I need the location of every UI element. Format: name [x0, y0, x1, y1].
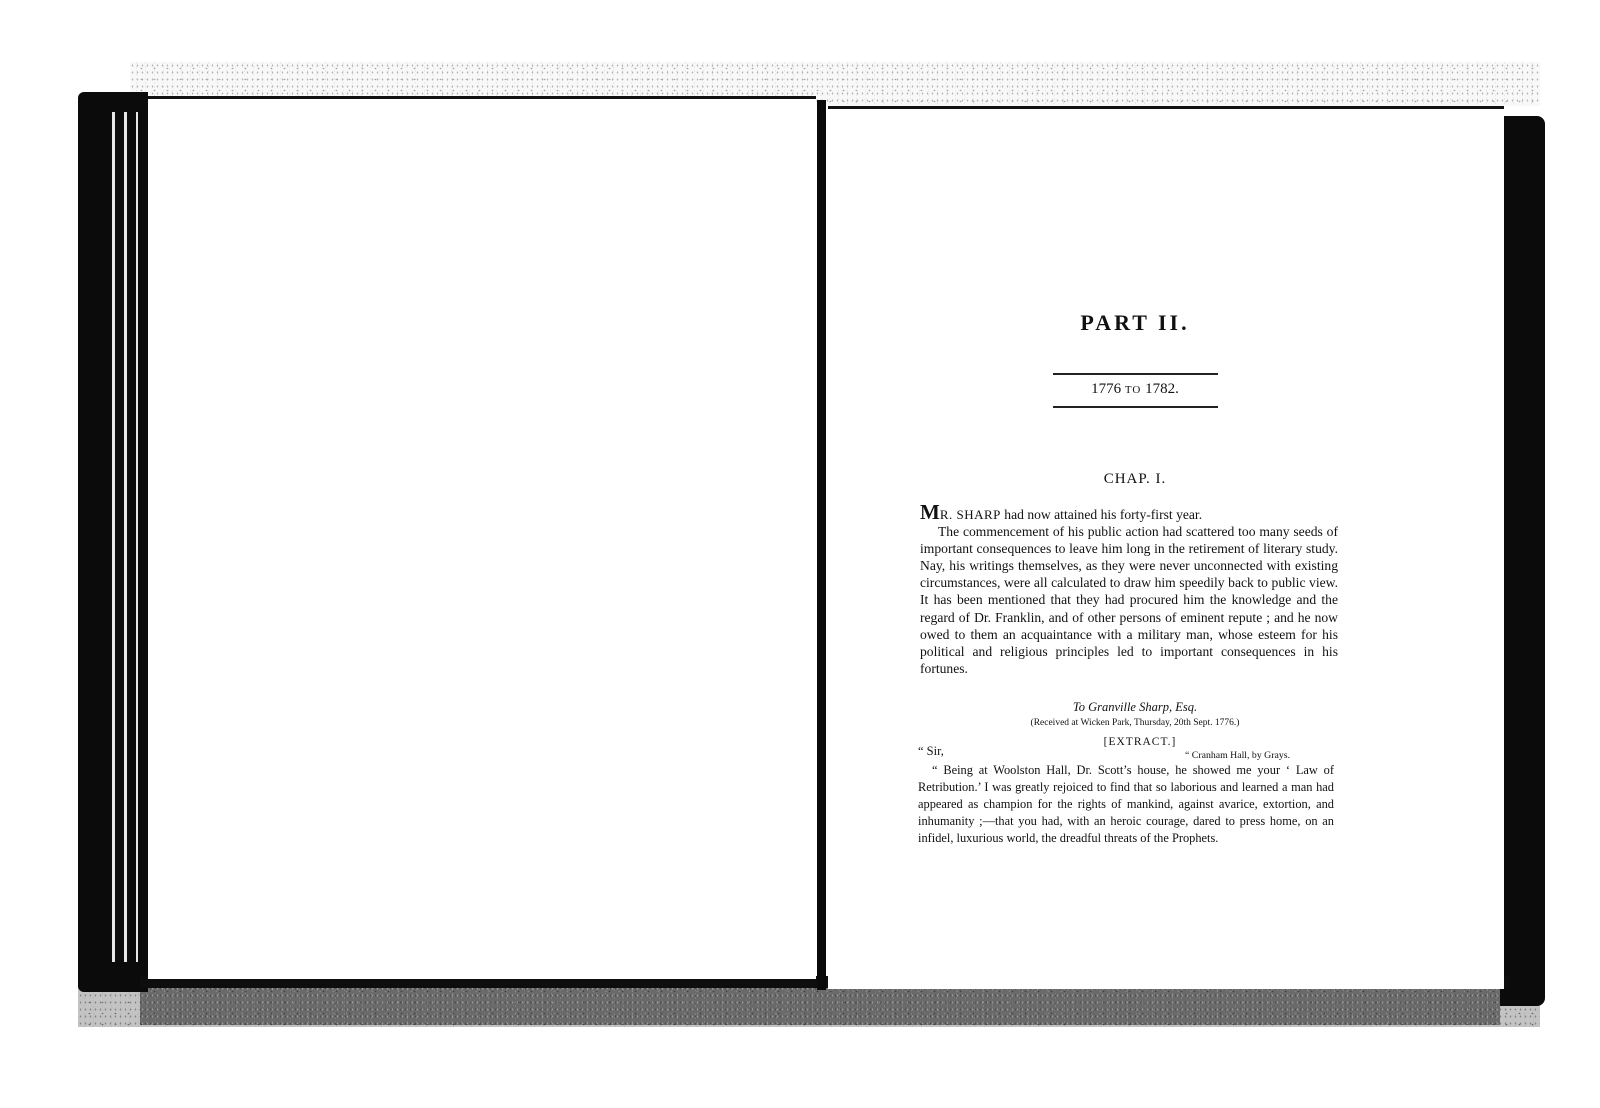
date-range: 1776 TO 1782.: [1000, 381, 1270, 398]
letter-received-note: (Received at Wicken Park, Thursday, 20th…: [960, 718, 1310, 728]
part-title: PART II.: [1000, 310, 1270, 336]
chapter-body: MR. SHARP had now attained his forty-fir…: [920, 504, 1338, 677]
date-range-start: 1776: [1091, 381, 1121, 397]
book-right-cover-edge: [1500, 116, 1545, 1006]
opening-sentence-rest: had now attained his forty-first year.: [1001, 507, 1202, 522]
date-range-end: 1782.: [1145, 381, 1179, 397]
drop-cap: M: [920, 500, 940, 524]
divider-rule-top: [1053, 373, 1218, 375]
letter-salutation: “ Sir,: [918, 744, 944, 759]
letter-body: “ Being at Woolston Hall, Dr. Scott’s ho…: [918, 762, 1334, 847]
body-paragraph: The commencement of his public action ha…: [920, 523, 1338, 677]
scan-shadow-bottom: [140, 985, 1500, 1025]
letter-body-paragraph: “ Being at Woolston Hall, Dr. Scott’s ho…: [918, 762, 1334, 847]
divider-rule-bottom: [1053, 406, 1218, 408]
page-edge-stripe: [124, 112, 127, 962]
opening-name: R. SHARP: [940, 507, 1001, 522]
left-page-blank: [148, 96, 816, 979]
book-gutter-spine: [817, 100, 826, 990]
letter-extract-label: [EXTRACT.]: [1060, 736, 1220, 748]
date-range-separator: TO: [1125, 384, 1141, 396]
letter-sender-address: “ Cranham Hall, by Grays.: [1185, 750, 1290, 761]
book-left-cover-edge: [78, 92, 148, 992]
letter-addressee: To Granville Sharp, Esq.: [1000, 700, 1270, 715]
chapter-title: CHAP. I.: [1000, 471, 1270, 488]
page-edge-stripe: [112, 112, 115, 962]
page-edge-stripe: [136, 112, 138, 962]
opening-sentence: MR. SHARP had now attained his forty-fir…: [920, 504, 1338, 523]
